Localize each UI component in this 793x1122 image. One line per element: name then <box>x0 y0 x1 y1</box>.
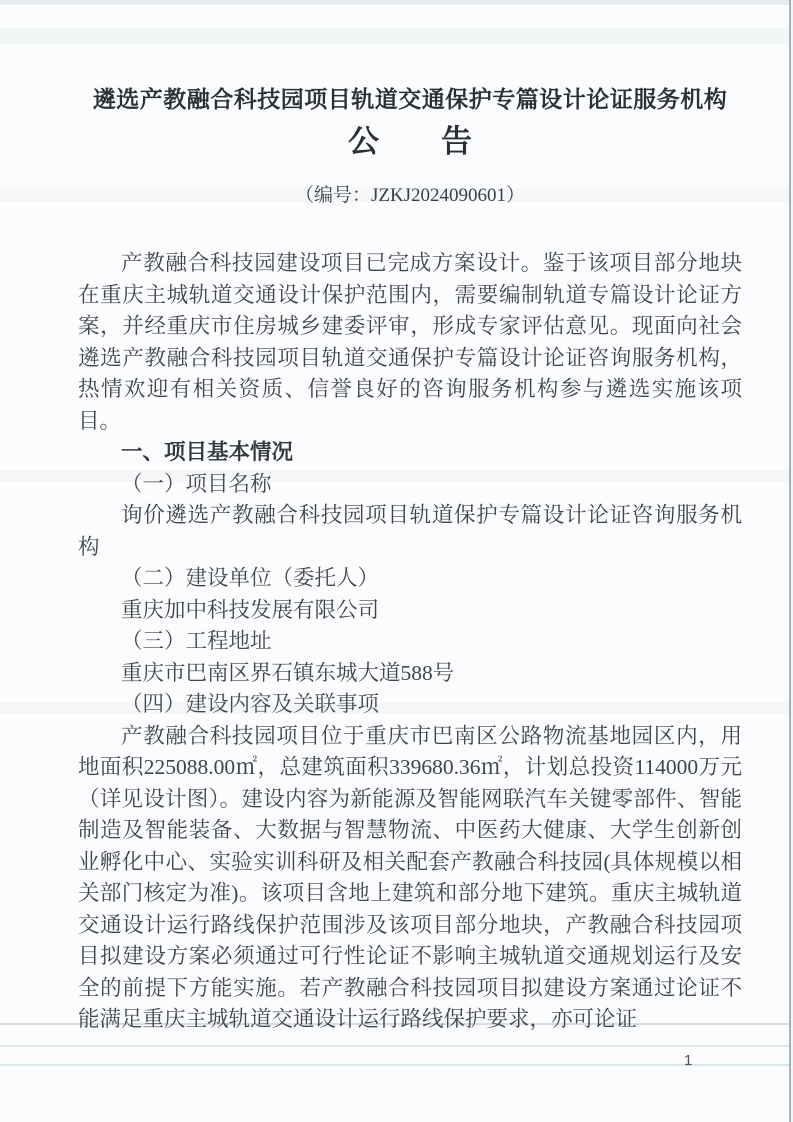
item-3-label: （三）工程地址 <box>78 626 742 658</box>
page-number: 1 <box>684 1052 692 1069</box>
item-2-label: （二）建设单位（委托人） <box>78 563 742 595</box>
document-content: 遴选产教融合科技园项目轨道交通保护专篇设计论证服务机构 公 告 （编号：JZKJ… <box>78 84 742 1036</box>
scan-edge-shadow <box>789 0 791 1122</box>
item-2-value: 重庆加中科技发展有限公司 <box>78 595 742 627</box>
document-body: 产教融合科技园建设项目已完成方案设计。鉴于该项目部分地块在重庆主城轨道交通设计保… <box>78 248 742 1036</box>
document-number: （编号：JZKJ2024090601） <box>78 184 742 208</box>
scan-band <box>0 0 793 5</box>
item-4-label: （四）建设内容及关联事项 <box>78 689 742 721</box>
scanned-page: 遴选产教融合科技园项目轨道交通保护专篇设计论证服务机构 公 告 （编号：JZKJ… <box>0 0 793 1122</box>
item-3-value: 重庆市巴南区界石镇东城大道588号 <box>78 658 742 690</box>
announcement-heading: 公 告 <box>78 122 742 162</box>
intro-paragraph: 产教融合科技园建设项目已完成方案设计。鉴于该项目部分地块在重庆主城轨道交通设计保… <box>78 248 742 437</box>
document-title: 遴选产教融合科技园项目轨道交通保护专篇设计论证服务机构 <box>78 84 742 114</box>
item-1-value: 询价遴选产教融合科技园项目轨道保护专篇设计论证咨询服务机构 <box>78 500 742 563</box>
scan-line-teal <box>0 1064 793 1066</box>
item-4-value: 产教融合科技园项目位于重庆市巴南区公路物流基地园区内，用地面积225088.00… <box>78 721 742 1036</box>
scan-band <box>0 28 793 44</box>
section-1-heading: 一、项目基本情况 <box>78 437 742 469</box>
scan-line <box>0 1045 793 1047</box>
item-1-label: （一）项目名称 <box>78 469 742 501</box>
